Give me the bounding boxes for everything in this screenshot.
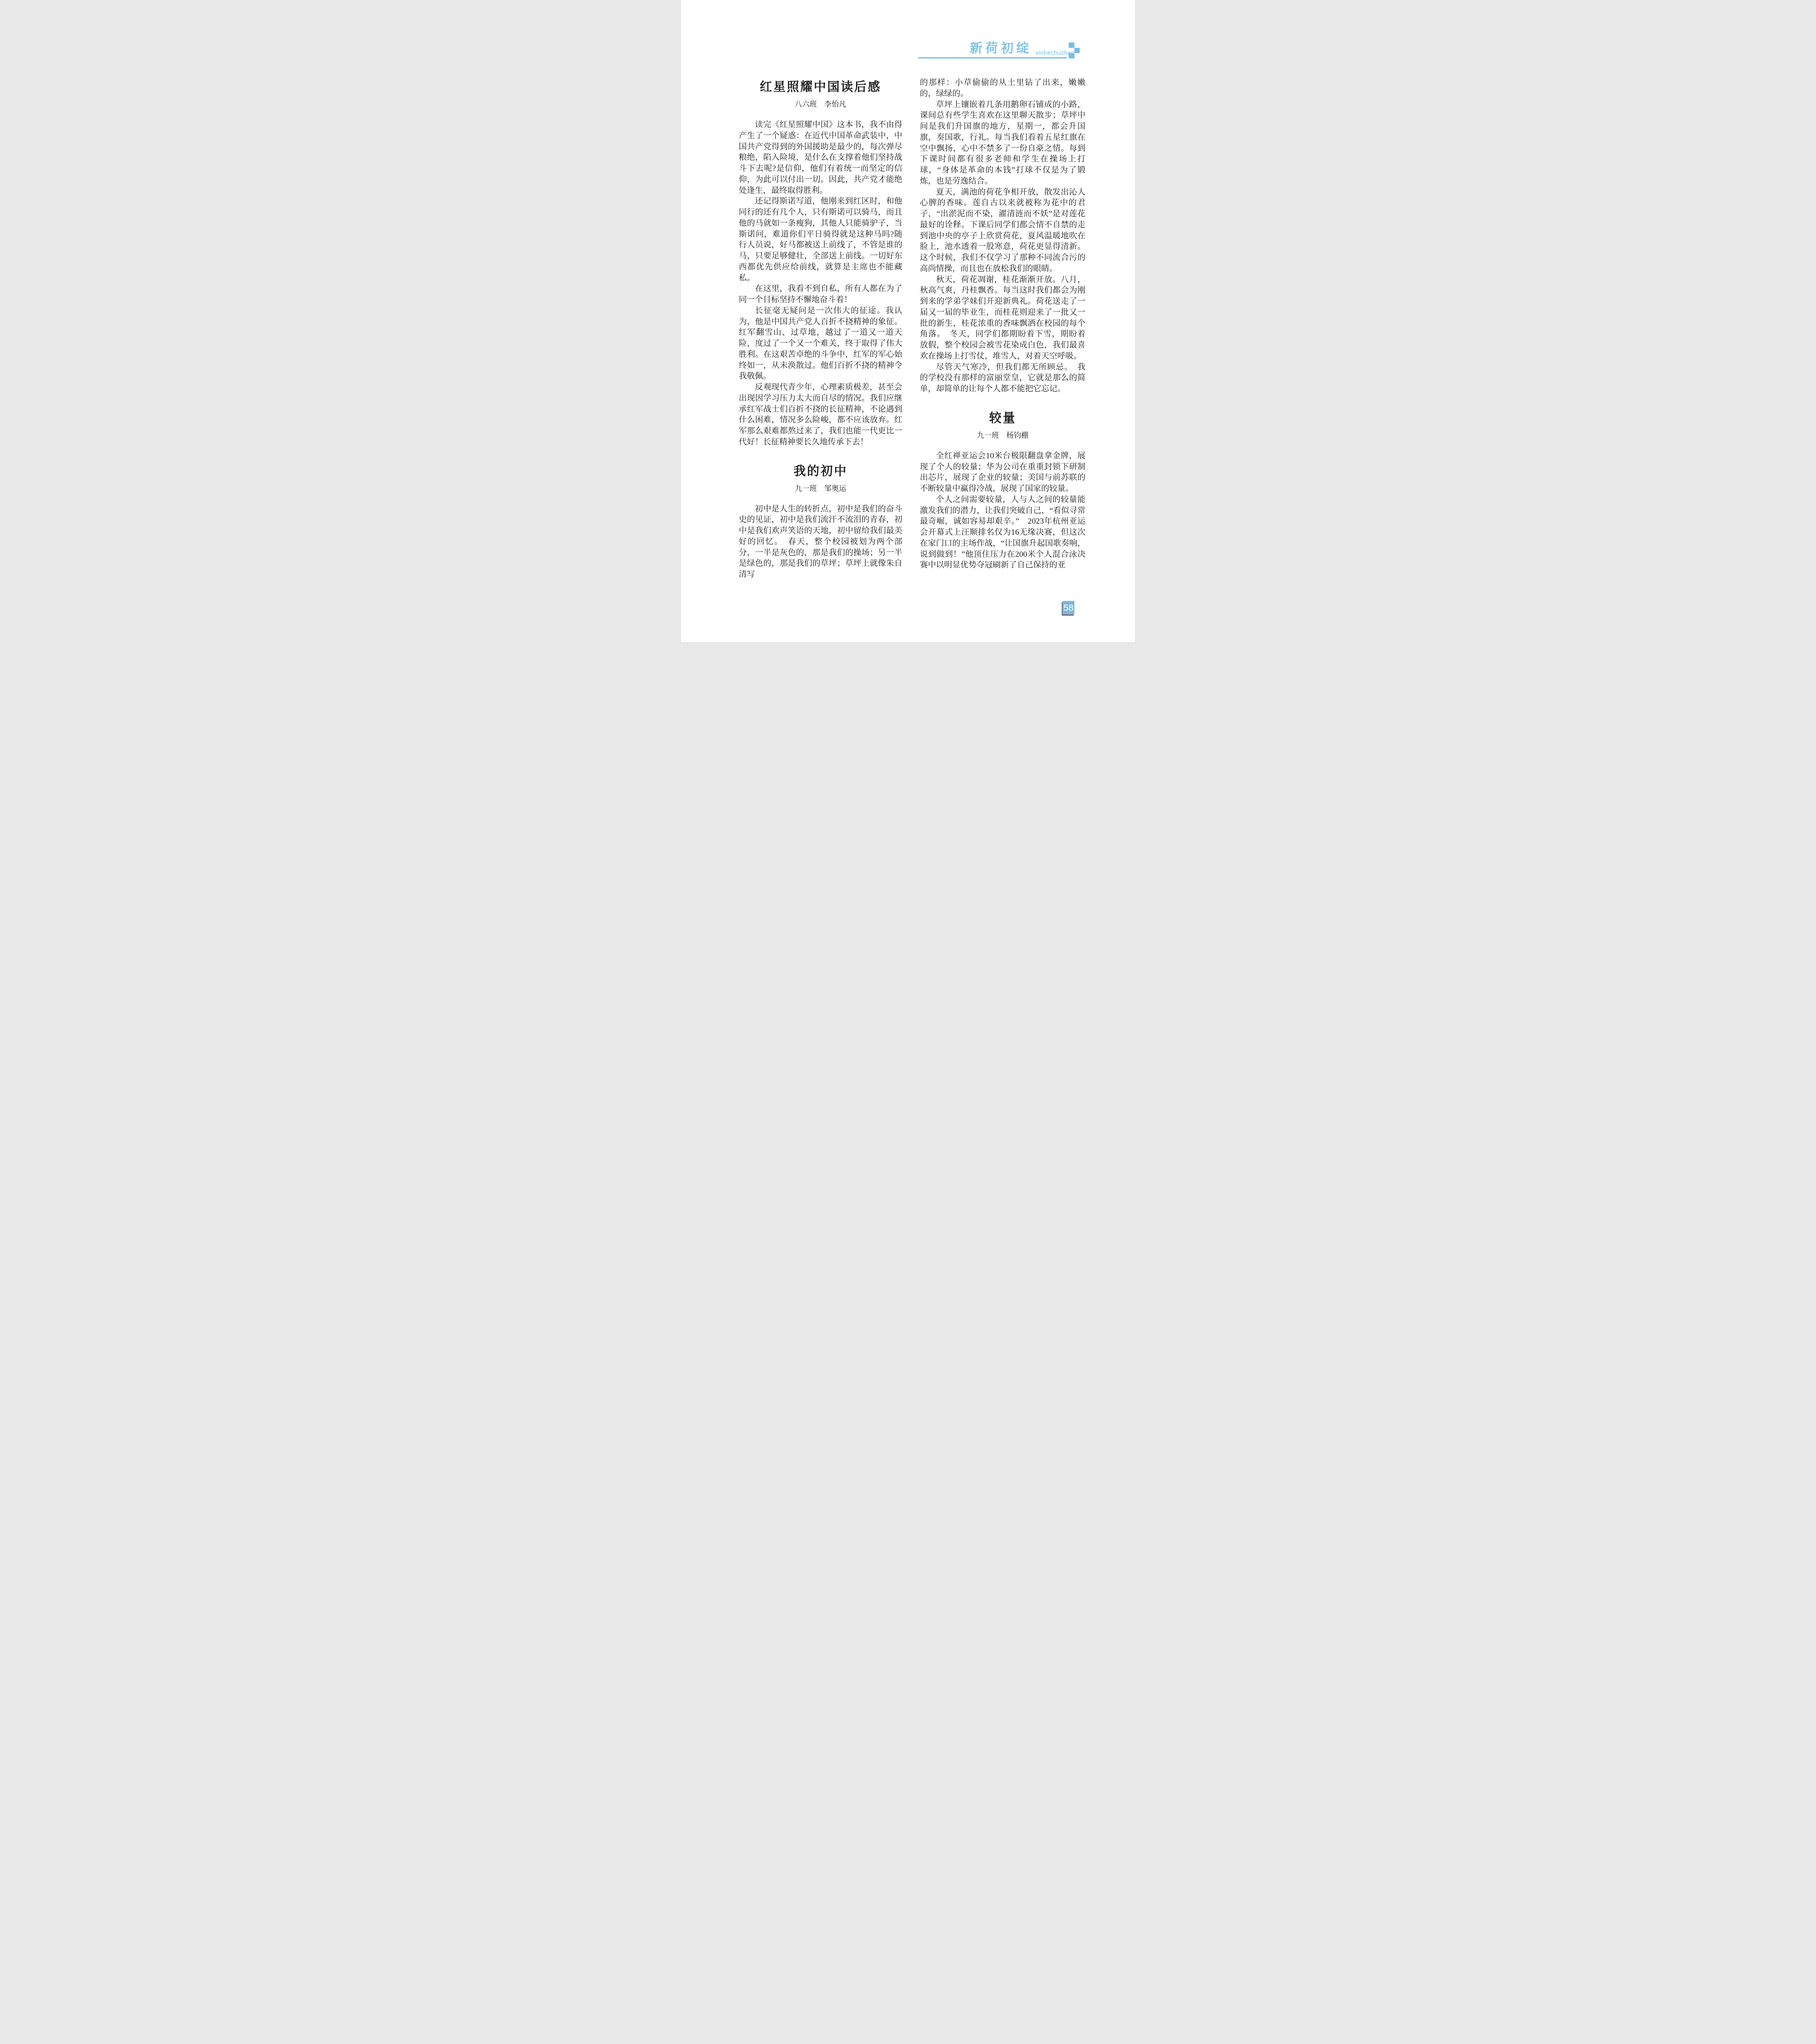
- paragraph: 尽管天气寒冷，但我们都无所顾忌。 我的学校没有那样的富丽堂皇，它就是那么的简单，…: [920, 362, 1085, 394]
- decor-square-icon: [1069, 53, 1074, 58]
- article-byline: 九一班 邹奥运: [739, 484, 902, 493]
- decor-square-icon: [1069, 43, 1074, 48]
- text-column-left: 红星照耀中国读后感八六班 李怡凡读完《红星照耀中国》这本书，我不由得产生了一个疑…: [739, 63, 902, 580]
- paragraph: 长征毫无疑问是一次伟大的征途。我认为，他是中国共产党人百折不挠精神的象征。红军翻…: [739, 305, 902, 382]
- paragraph: 在这里，我看不到自私，所有人都在为了同一个目标坚持不懈地奋斗着！: [739, 283, 902, 305]
- paragraph-continuation: 的那样：小草偷偷的从土里钻了出来，嫩嫩的，绿绿的。: [920, 77, 1085, 99]
- paragraph: 全红禅亚运会10米台极限翻盘拿金牌，展现了个人的较量；华为公司在重重封锁下研制出…: [920, 450, 1085, 494]
- article-title: 较量: [920, 411, 1085, 426]
- masthead-title: 新荷初绽: [970, 41, 1032, 56]
- paragraph: 还记得斯诺写道，他刚来到红区时，和他同行的还有几个人，只有斯诺可以骑马，而且他的…: [739, 196, 902, 283]
- paragraph: 个人之间需要较量，人与人之间的较量能激发我们的潜力，让我们突破自己，“看似寻常最…: [920, 494, 1085, 571]
- article-title: 红星照耀中国读后感: [739, 80, 902, 94]
- article-byline: 九一班 杨钧棚: [920, 431, 1085, 440]
- paragraph: 读完《红星照耀中国》这本书，我不由得产生了一个疑惑：在近代中国革命武装中，中国共…: [739, 119, 902, 196]
- decor-square-icon: [1074, 48, 1080, 53]
- article-title: 我的初中: [739, 464, 902, 479]
- paragraph: 草坪上镶嵌着几条用鹅卵石铺成的小路，课间总有些学生喜欢在这里聊天散步；草坪中间是…: [920, 99, 1085, 187]
- paragraph: 反观现代青少年，心理素质极差，甚至会出现因学习压力太大而自尽的情况。我们应继承红…: [739, 382, 902, 448]
- text-column-right: 的那样：小草偷偷的从土里钻了出来，嫩嫩的，绿绿的。草坪上镶嵌着几条用鹅卵石铺成的…: [920, 77, 1085, 571]
- magazine-page: 新荷初绽 xinhechuzhan 红星照耀中国读后感八六班 李怡凡读完《红星照…: [681, 0, 1135, 642]
- paragraph: 夏天，满池的荷花争相开放，散发出沁人心脾的香味。莲自古以来就被称为花中的君子，“…: [920, 187, 1085, 274]
- page-number-value: 58: [1063, 601, 1074, 614]
- paragraph: 秋天，荷花凋谢，桂花渐渐开放。八月，秋高气爽，丹桂飘香。每当这时我们都会为刚到来…: [920, 274, 1085, 362]
- header-rule: [918, 57, 1067, 58]
- paragraph: 初中是人生的转折点，初中是我们的奋斗史的见证，初中是我们流汗不流泪的青春，初中是…: [739, 504, 902, 580]
- article-byline: 八六班 李怡凡: [739, 100, 902, 109]
